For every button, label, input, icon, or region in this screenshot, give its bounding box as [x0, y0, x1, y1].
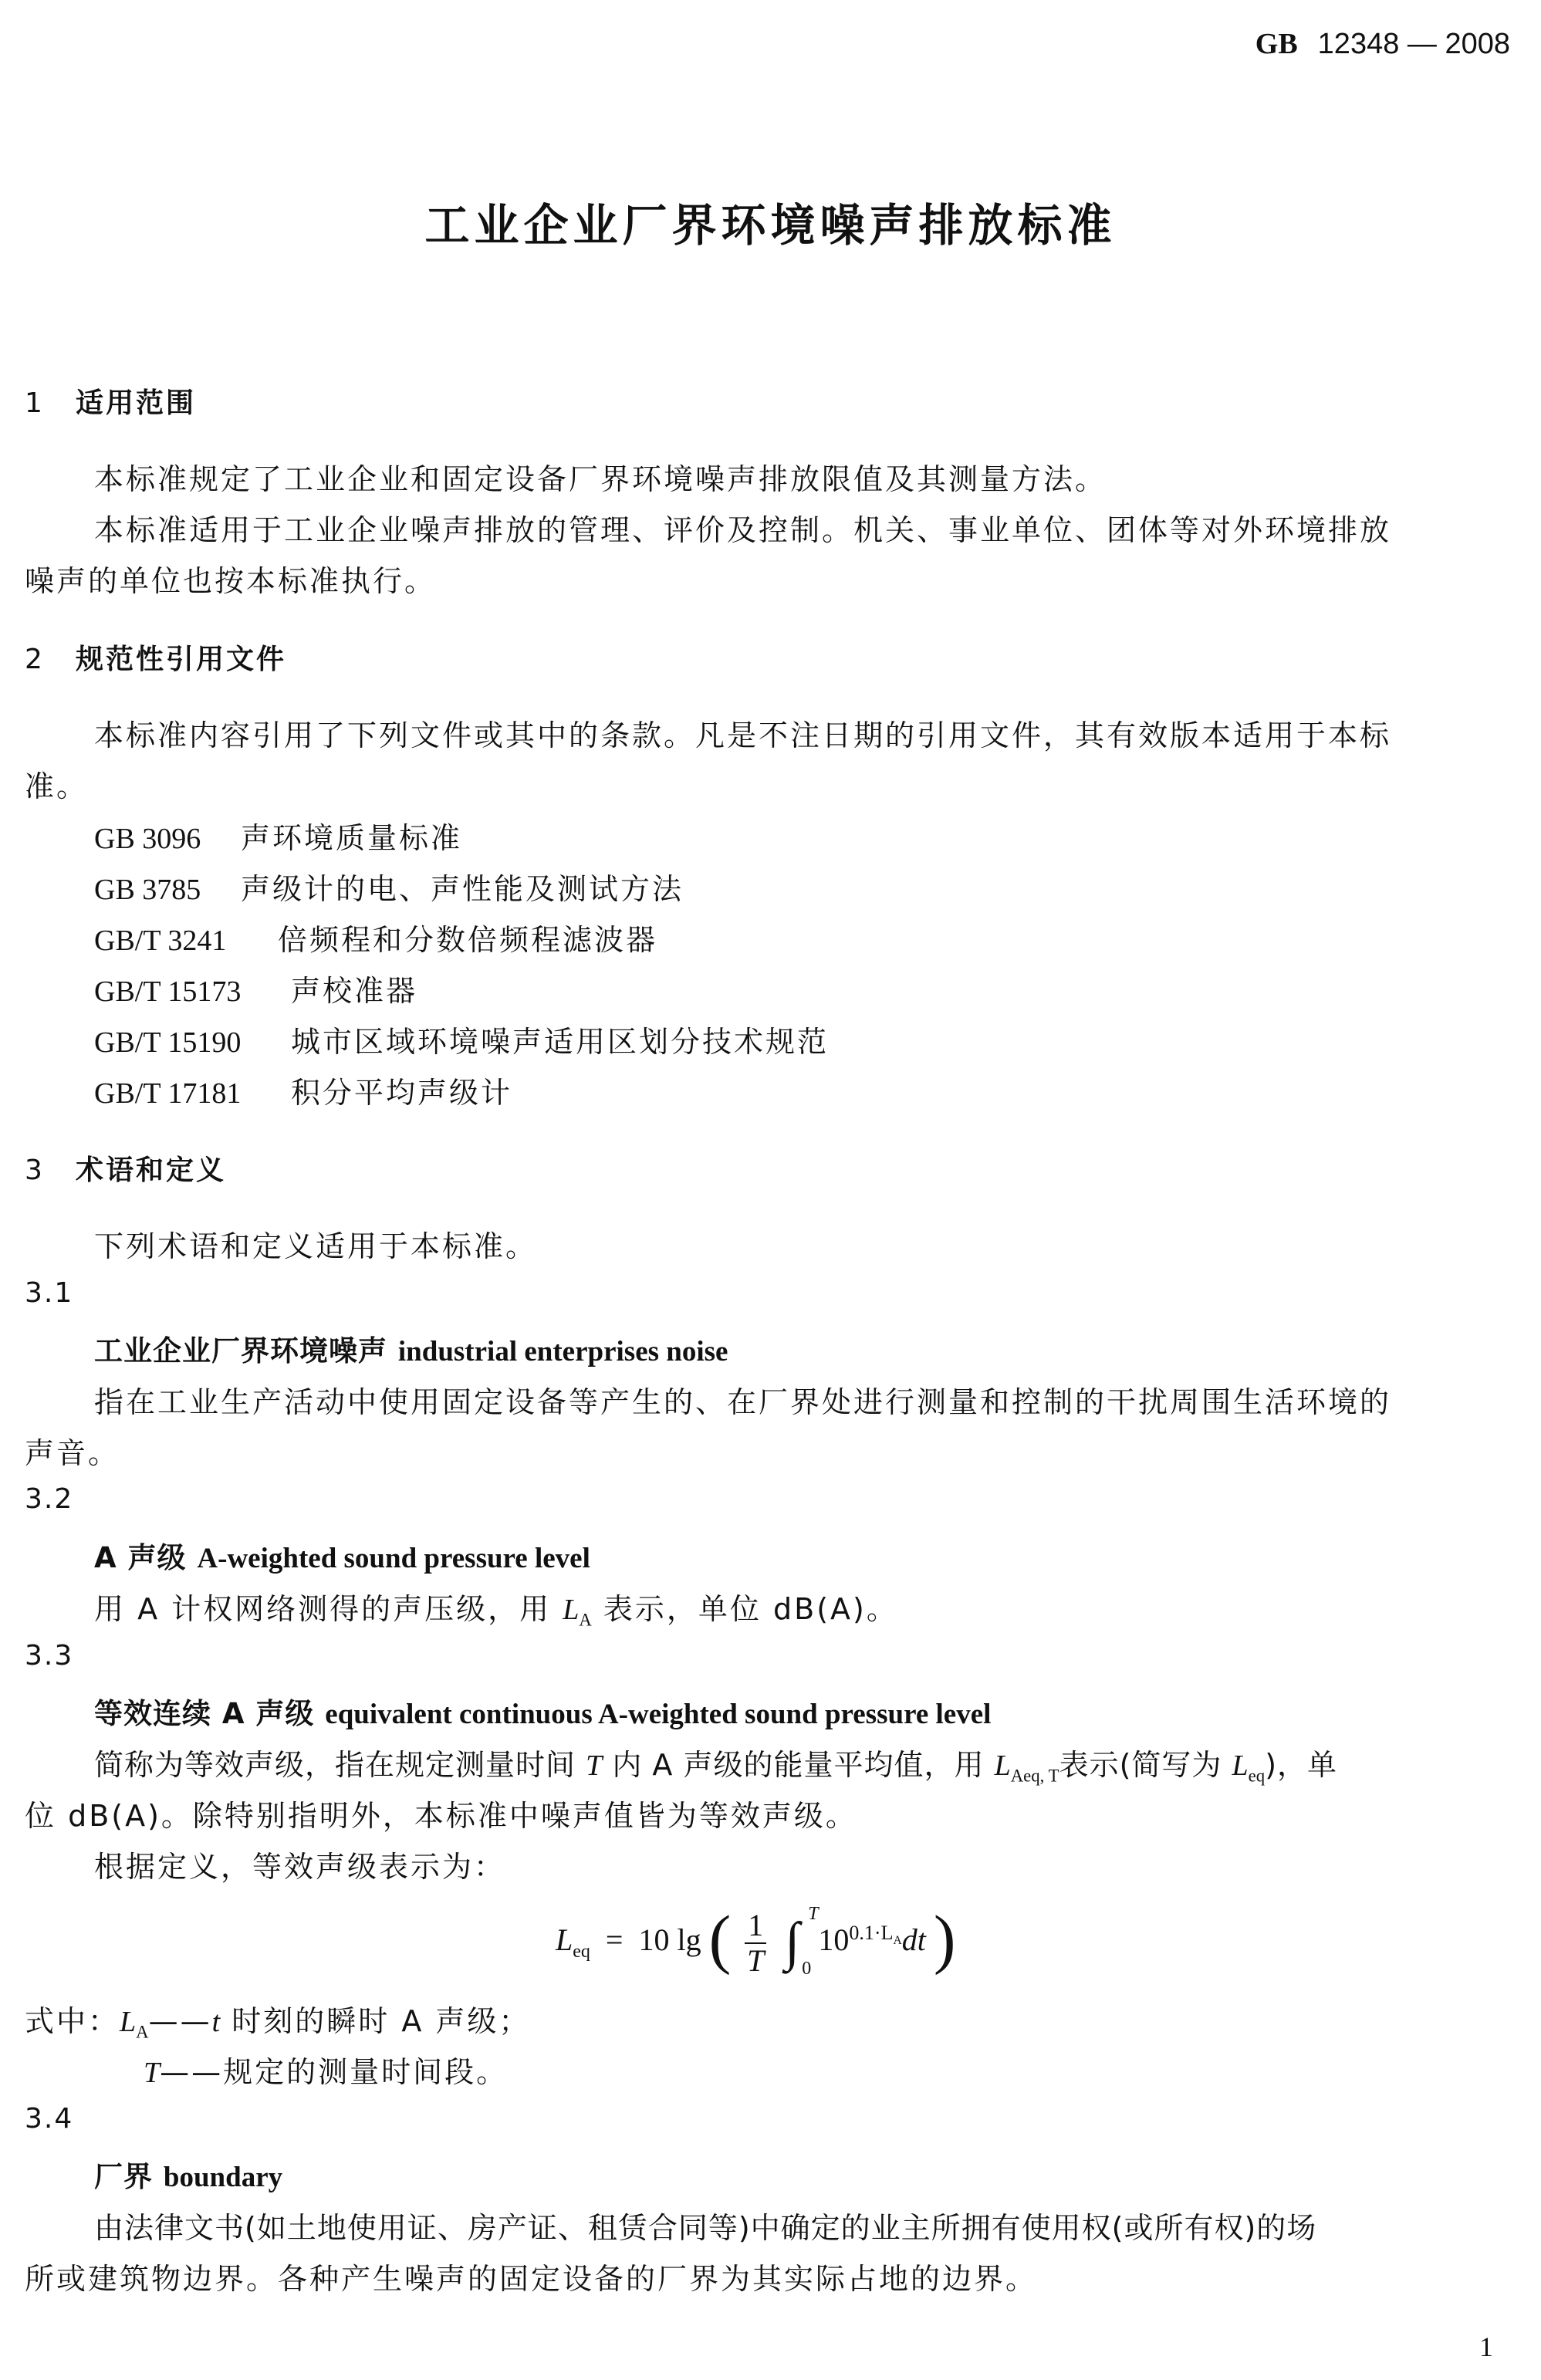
clause-number: 3.3	[25, 1640, 73, 1672]
page-number: 1	[1479, 2331, 1493, 2363]
term-heading: 等效连续 A 声级 equivalent continuous A-weight…	[94, 1690, 991, 1732]
equation-leq: Leq = 10 lg ( 1 T ∫T0 100.1·LAdt )	[556, 1900, 956, 1978]
paragraph-continuation: 准。	[25, 762, 88, 805]
paragraph: 下列术语和定义适用于本标准。	[94, 1222, 537, 1265]
fraction: 1 T	[745, 1908, 766, 1978]
definition: 简称为等效声级，指在规定测量时间 T 内 A 声级的能量平均值，用 LAeq, …	[94, 1741, 1337, 1787]
definition: 由法律文书(如土地使用证、房产证、租赁合同等)中确定的业主所拥有使用权(或所有权…	[94, 2204, 1316, 2246]
definition: 指在工业生产活动中使用固定设备等产生的、在厂界处进行测量和控制的干扰周围生活环境…	[94, 1378, 1391, 1421]
clause-number: 3.1	[25, 1277, 73, 1309]
document-title: 工业企业厂界环境噪声排放标准	[0, 189, 1541, 254]
definition-continuation: 声音。	[25, 1429, 120, 1472]
where-clause: 式中：LA——t 时刻的瞬时 A 声级；	[25, 1997, 530, 2043]
reference-item: GB/T 3241倍频程和分数倍频程滤波器	[94, 916, 657, 958]
integral-sign: ∫T0	[785, 1912, 799, 1973]
definition: 用 A 计权网络测得的声压级，用 LA 表示，单位 dB(A)。	[94, 1585, 898, 1631]
section-heading-1: 1适用范围	[25, 381, 196, 421]
definition-continuation: 位 dB(A)。除特别指明外，本标准中噪声值皆为等效声级。	[25, 1792, 857, 1834]
reference-item: GB/T 15173声校准器	[94, 967, 417, 1009]
paragraph: 本标准内容引用了下列文件或其中的条款。凡是不注日期的引用文件，其有效版本适用于本…	[94, 712, 1391, 754]
right-paren: )	[934, 1902, 956, 1976]
term-heading: 厂界 boundary	[94, 2153, 282, 2195]
clause-number: 3.2	[25, 1483, 73, 1515]
reference-item: GB/T 17181积分平均声级计	[94, 1069, 512, 1111]
paragraph: 本标准适用于工业企业噪声排放的管理、评价及控制。机关、事业单位、团体等对外环境排…	[94, 506, 1391, 549]
term-heading: A 声级 A-weighted sound pressure level	[94, 1534, 590, 1576]
formula-intro: 根据定义，等效声级表示为：	[94, 1843, 505, 1885]
standard-number: 12348 — 2008	[1318, 28, 1510, 60]
standard-prefix: GB	[1255, 28, 1298, 60]
term-heading: 工业企业厂界环境噪声 industrial enterprises noise	[94, 1327, 728, 1369]
paragraph-continuation: 噪声的单位也按本标准执行。	[25, 557, 436, 600]
reference-item: GB/T 15190城市区域环境噪声适用区划分技术规范	[94, 1018, 829, 1060]
section-heading-2: 2规范性引用文件	[25, 637, 286, 677]
reference-item: GB 3785声级计的电、声性能及测试方法	[94, 865, 684, 908]
clause-number: 3.4	[25, 2103, 73, 2135]
reference-item: GB 3096声环境质量标准	[94, 814, 462, 857]
standard-code: GB12348 — 2008	[1255, 26, 1510, 61]
definition-continuation: 所或建筑物边界。各种产生噪声的固定设备的厂界为其实际占地的边界。	[25, 2255, 1037, 2297]
section-heading-3: 3术语和定义	[25, 1148, 226, 1188]
left-paren: (	[709, 1902, 732, 1976]
where-clause: T——规定的测量时间段。	[144, 2048, 508, 2091]
paragraph: 本标准规定了工业企业和固定设备厂界环境噪声排放限值及其测量方法。	[94, 455, 1107, 498]
